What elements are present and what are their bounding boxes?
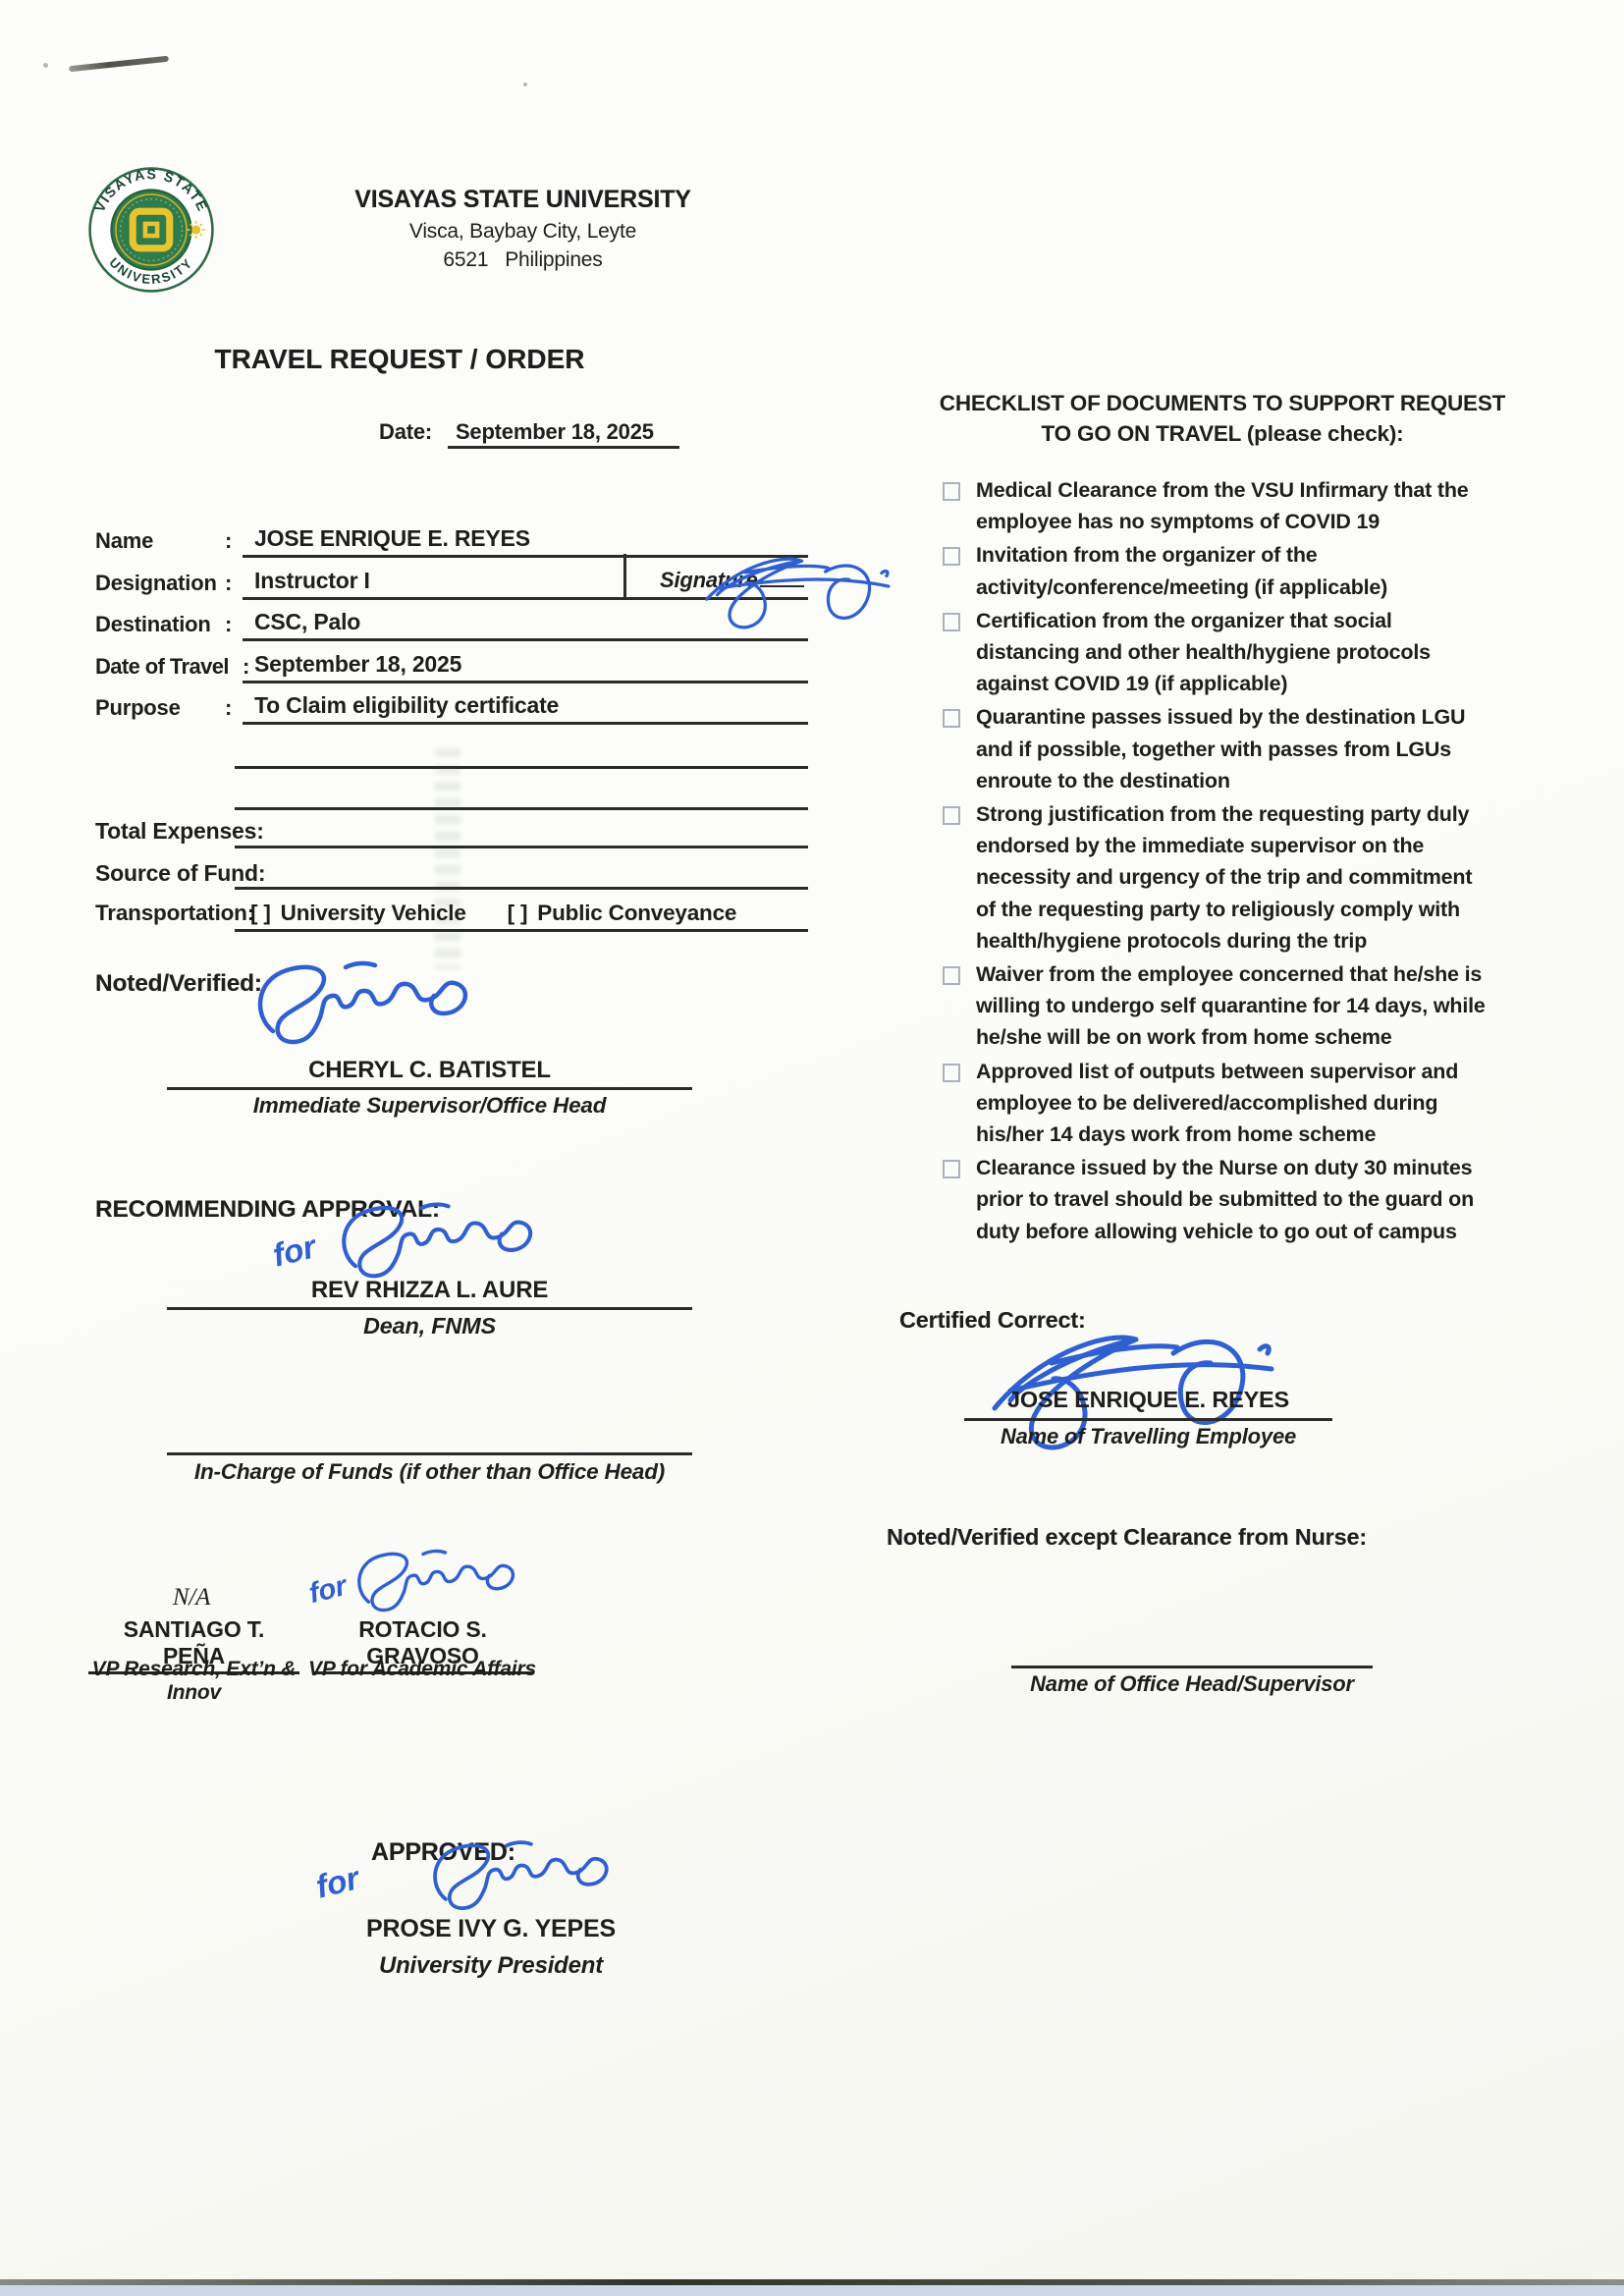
- field-label: Name: [95, 528, 225, 558]
- noted-verified-label: Noted/Verified:: [95, 970, 262, 998]
- field-label: Purpose: [95, 695, 225, 725]
- date-value: September 18, 2025: [448, 419, 679, 449]
- funds-title: In-Charge of Funds (if other than Office…: [167, 1459, 692, 1485]
- transportation-row: Transportation: [ ] University Vehicle […: [95, 901, 736, 926]
- checklist-item-text: Quarantine passes issued by the destinat…: [976, 701, 1487, 796]
- university-postal: 6521 Philippines: [275, 248, 771, 272]
- dean-name: REV RHIZZA L. AURE: [167, 1277, 692, 1304]
- field-label: Designation: [95, 571, 225, 600]
- dean-title: Dean, FNMS: [167, 1313, 692, 1339]
- scan-speck: [523, 82, 527, 86]
- checklist-heading-line1: CHECKLIST OF DOCUMENTS TO SUPPORT REQUES…: [918, 388, 1527, 418]
- checklist-item-text: Approved list of outputs between supervi…: [976, 1056, 1487, 1151]
- checkbox-icon: [943, 806, 960, 825]
- ink-bleed-through: [435, 748, 460, 969]
- for-annotation: for: [269, 1228, 319, 1274]
- staple-mark: [69, 56, 169, 73]
- total-expenses-line: [235, 846, 808, 848]
- page-title: TRAVEL REQUEST / ORDER: [164, 344, 635, 375]
- field-colon: :: [225, 612, 243, 641]
- office-head-line: [1011, 1666, 1373, 1668]
- checkbox-icon: [943, 1160, 960, 1178]
- scanned-travel-request-document: VISAYAS STATE UNIVERSITY VISAYAS STATE U…: [0, 0, 1624, 2296]
- checklist-item: Certification from the organizer that so…: [943, 605, 1492, 700]
- field-label: Destination: [95, 612, 225, 641]
- field-label: Date of Travel: [95, 654, 243, 683]
- checklist-item: Approved list of outputs between supervi…: [943, 1056, 1492, 1151]
- checklist-item-text: Invitation from the organizer of the act…: [976, 539, 1487, 602]
- checklist-item: Invitation from the organizer of the act…: [943, 539, 1492, 602]
- vp-research-title: VP Research, Ext’n & Innov: [74, 1658, 314, 1705]
- public-conveyance-label: Public Conveyance: [537, 901, 736, 926]
- checkbox-icon: [943, 709, 960, 728]
- na-annotation: N/A: [118, 1584, 265, 1612]
- letterhead: VISAYAS STATE UNIVERSITY Visca, Baybay C…: [275, 186, 771, 272]
- dean-line: [167, 1307, 692, 1310]
- checkbox-icon: [943, 613, 960, 631]
- for-annotation: for: [312, 1859, 362, 1905]
- university-address: Visca, Baybay City, Leyte: [275, 220, 771, 244]
- checklist: Medical Clearance from the VSU Infirmary…: [943, 474, 1492, 1247]
- funds-line: [167, 1452, 692, 1455]
- checklist-item-text: Certification from the organizer that so…: [976, 605, 1487, 700]
- noted-except-label: Noted/Verified except Clearance from Nur…: [887, 1524, 1367, 1551]
- university-name: VISAYAS STATE UNIVERSITY: [275, 186, 771, 214]
- field-colon: :: [225, 571, 243, 600]
- supervisor-title: Immediate Supervisor/Office Head: [167, 1093, 692, 1119]
- date-field: Date: September 18, 2025: [379, 419, 679, 445]
- checklist-item: Waiver from the employee concerned that …: [943, 958, 1492, 1054]
- checklist-item-text: Strong justification from the requesting…: [976, 798, 1487, 957]
- checklist-heading: CHECKLIST OF DOCUMENTS TO SUPPORT REQUES…: [918, 388, 1527, 449]
- supervisor-name: CHERYL C. BATISTEL: [167, 1057, 692, 1084]
- vp-academic-title: VP for Academic Affairs: [304, 1658, 540, 1681]
- scan-bottom-strip: [0, 2285, 1624, 2296]
- checkbox-icon: [943, 482, 960, 501]
- source-of-fund-line: [235, 887, 808, 890]
- checklist-item: Clearance issued by the Nurse on duty 30…: [943, 1152, 1492, 1247]
- checkbox-icon: [943, 547, 960, 566]
- date-label: Date:: [379, 419, 432, 444]
- scan-speck: [43, 63, 48, 68]
- university-vehicle-checkbox: [ ]: [250, 901, 271, 926]
- university-vehicle-label: University Vehicle: [281, 901, 466, 926]
- employee-signature-small: [683, 504, 905, 687]
- supervisor-signature: [247, 957, 483, 1067]
- president-title: University President: [334, 1952, 648, 1980]
- public-conveyance-checkbox: [ ]: [508, 901, 528, 926]
- checklist-heading-line2: TO GO ON TRAVEL (please check):: [918, 418, 1527, 449]
- field-value-designation: Instructor I: [243, 568, 623, 600]
- employee-title: Name of Travelling Employee: [964, 1424, 1332, 1449]
- field-value-purpose: To Claim eligibility certificate: [243, 692, 808, 725]
- total-expenses-label: Total Expenses:: [95, 818, 264, 845]
- employee-name: JOSE ENRIQUE E. REYES: [964, 1387, 1332, 1413]
- university-seal-logo: VISAYAS STATE UNIVERSITY: [86, 165, 216, 295]
- field-colon: :: [225, 528, 243, 558]
- checklist-item-text: Waiver from the employee concerned that …: [976, 958, 1487, 1054]
- checklist-item-text: Clearance issued by the Nurse on duty 30…: [976, 1152, 1487, 1247]
- president-name: PROSE IVY G. YEPES: [334, 1915, 648, 1943]
- source-of-fund-label: Source of Fund:: [95, 860, 265, 887]
- blank-line: [235, 807, 808, 810]
- office-head-title: Name of Office Head/Supervisor: [1011, 1671, 1373, 1697]
- transportation-label: Transportation:: [95, 901, 250, 926]
- checklist-item-text: Medical Clearance from the VSU Infirmary…: [976, 474, 1487, 537]
- checklist-item: Medical Clearance from the VSU Infirmary…: [943, 474, 1492, 537]
- checklist-item: Quarantine passes issued by the destinat…: [943, 701, 1492, 796]
- transportation-line: [235, 929, 808, 932]
- supervisor-line: [167, 1087, 692, 1090]
- employee-line: [964, 1418, 1332, 1421]
- checkbox-icon: [943, 1064, 960, 1082]
- checklist-item: Strong justification from the requesting…: [943, 798, 1492, 957]
- for-annotation: for: [306, 1570, 351, 1611]
- blank-line: [235, 766, 808, 769]
- checkbox-icon: [943, 966, 960, 985]
- field-colon: :: [225, 695, 243, 725]
- field-row-purpose: Purpose : To Claim eligibility certifica…: [95, 684, 808, 725]
